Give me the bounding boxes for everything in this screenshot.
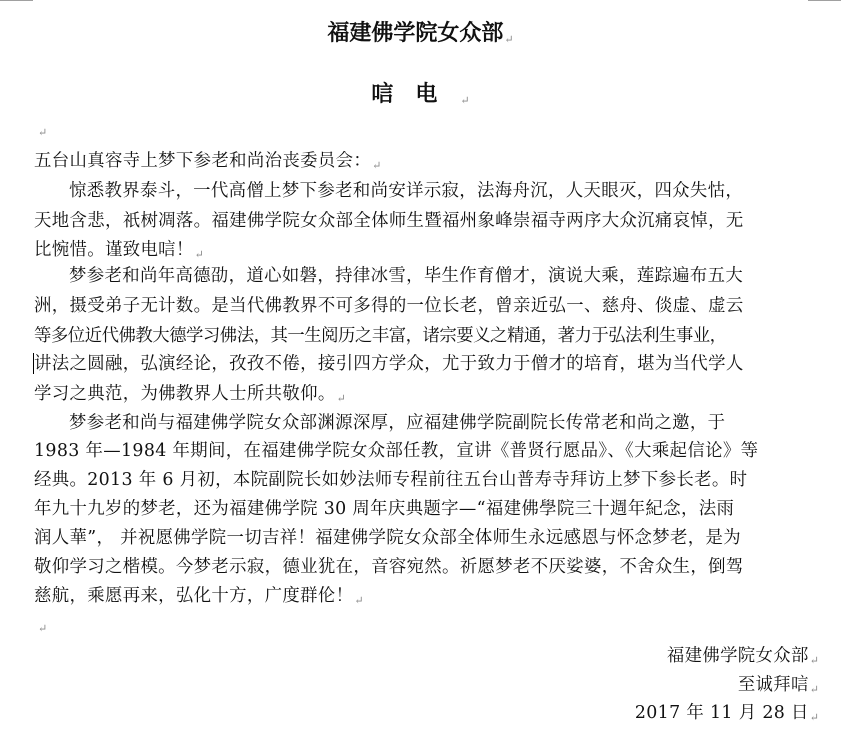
body-line: 惊悉教界泰斗，一代高僧上梦下参老和尚安详示寂，法海舟沉，人天眼灭，四众失怙， — [34, 181, 834, 201]
signature-date-text: 2017 年 11 月 28 日 — [635, 703, 809, 723]
paragraph-mark-icon: ↵ — [460, 94, 469, 107]
document-title: 福建佛学院女众部↵ — [0, 16, 841, 47]
body-line-text: 比惋惜。谨致电唁！ — [34, 240, 194, 260]
paragraph-mark-icon: ↵ — [354, 594, 363, 607]
paragraph-mark-icon: ↵ — [810, 683, 819, 696]
body-line: 洲，摄受弟子无计数。是当代佛教界不可多得的一位长老，曾亲近弘一、慈舟、倓虚、虚云 — [34, 296, 834, 316]
body-line: 慈航，乘愿再来，弘化十方，广度群伦！↵ — [34, 586, 834, 611]
paragraph-mark-icon: ↵ — [504, 33, 513, 46]
page-corner-mark-left — [0, 0, 33, 1]
body-line: 天地含悲，祇树凋落。福建佛学院女众部全体师生暨福州象峰崇福寺两序大众沉痛哀悼，无 — [34, 211, 834, 231]
page-corner-mark-right — [808, 0, 841, 1]
paragraph-mark-icon: ↵ — [372, 159, 381, 172]
paragraph-mark-icon: ↵ — [810, 711, 819, 724]
salutation-text: 五台山真容寺上梦下参老和尚治丧委员会： — [34, 151, 371, 171]
signature-closing-text: 至诚拜唁 — [738, 675, 809, 695]
body-line: 年九十九岁的梦老，还为福建佛学院 30 周年庆典题字—“福建佛學院三十週年紀念，… — [34, 499, 834, 519]
paragraph-mark-icon: ↵ — [195, 248, 204, 261]
document-page: 福建佛学院女众部↵ 唁电↵ ↵ 五台山真容寺上梦下参老和尚治丧委员会：↵ 惊悉教… — [0, 0, 841, 731]
body-line: 经典。2013 年 6 月初，本院副院长如妙法师专程前往五台山普寿寺拜访上梦下参… — [34, 470, 834, 490]
body-line: 梦参老和尚年高德劭，道心如磐，持律冰雪，毕生作育僧才，演说大乘，莲踪遍布五大 — [34, 266, 834, 286]
body-line: 等多位近代佛教大德学习佛法，其一生阅历之丰富，诸宗要义之精通，著力于弘法利生事业… — [34, 326, 834, 346]
signature-date: 2017 年 11 月 28 日↵ — [635, 703, 819, 728]
title-text: 福建佛学院女众部 — [327, 20, 503, 46]
body-line: 学习之典范，为佛教界人士所共敬仰。↵ — [34, 384, 834, 409]
body-line-text: 学习之典范，为佛教界人士所共敬仰。 — [34, 384, 336, 404]
signature-org-text: 福建佛学院女众部 — [667, 646, 809, 666]
paragraph-mark-icon: ↵ — [810, 654, 819, 667]
document-subtitle: 唁电↵ — [0, 77, 841, 108]
paragraph-mark-icon: ↵ — [38, 622, 47, 635]
body-line: 敬仰学习之楷模。今梦老示寂，德业犹在，音容宛然。祈愿梦老不厌娑婆，不舍众生，倒驾 — [34, 557, 834, 577]
body-line: 比惋惜。谨致电唁！↵ — [34, 240, 834, 265]
body-line: 梦参老和尚与福建佛学院女众部渊源深厚，应福建佛学院副院长传常老和尚之邀，于 — [34, 413, 834, 433]
signature-closing: 至诚拜唁↵ — [738, 675, 819, 700]
body-line-text: 慈航，乘愿再来，弘化十方，广度群伦！ — [34, 586, 353, 606]
paragraph-mark-icon: ↵ — [38, 126, 47, 139]
paragraph-mark-icon: ↵ — [337, 392, 346, 405]
subtitle-text: 唁电 — [371, 81, 459, 107]
signature-org: 福建佛学院女众部↵ — [667, 646, 819, 671]
body-line: 1983 年—1984 年期间，在福建佛学院女众部任教，宣讲《普贤行愿品》、《大… — [34, 441, 834, 461]
salutation: 五台山真容寺上梦下参老和尚治丧委员会：↵ — [34, 151, 834, 176]
body-line: 润人華”， 并祝愿佛学院一切吉祥！福建佛学院女众部全体师生永远感恩与怀念梦老，是… — [34, 528, 834, 548]
body-line: 讲法之圆融，弘演经论，孜孜不倦，接引四方学众，尤于致力于僧才的培育，堪为当代学人 — [34, 354, 834, 374]
